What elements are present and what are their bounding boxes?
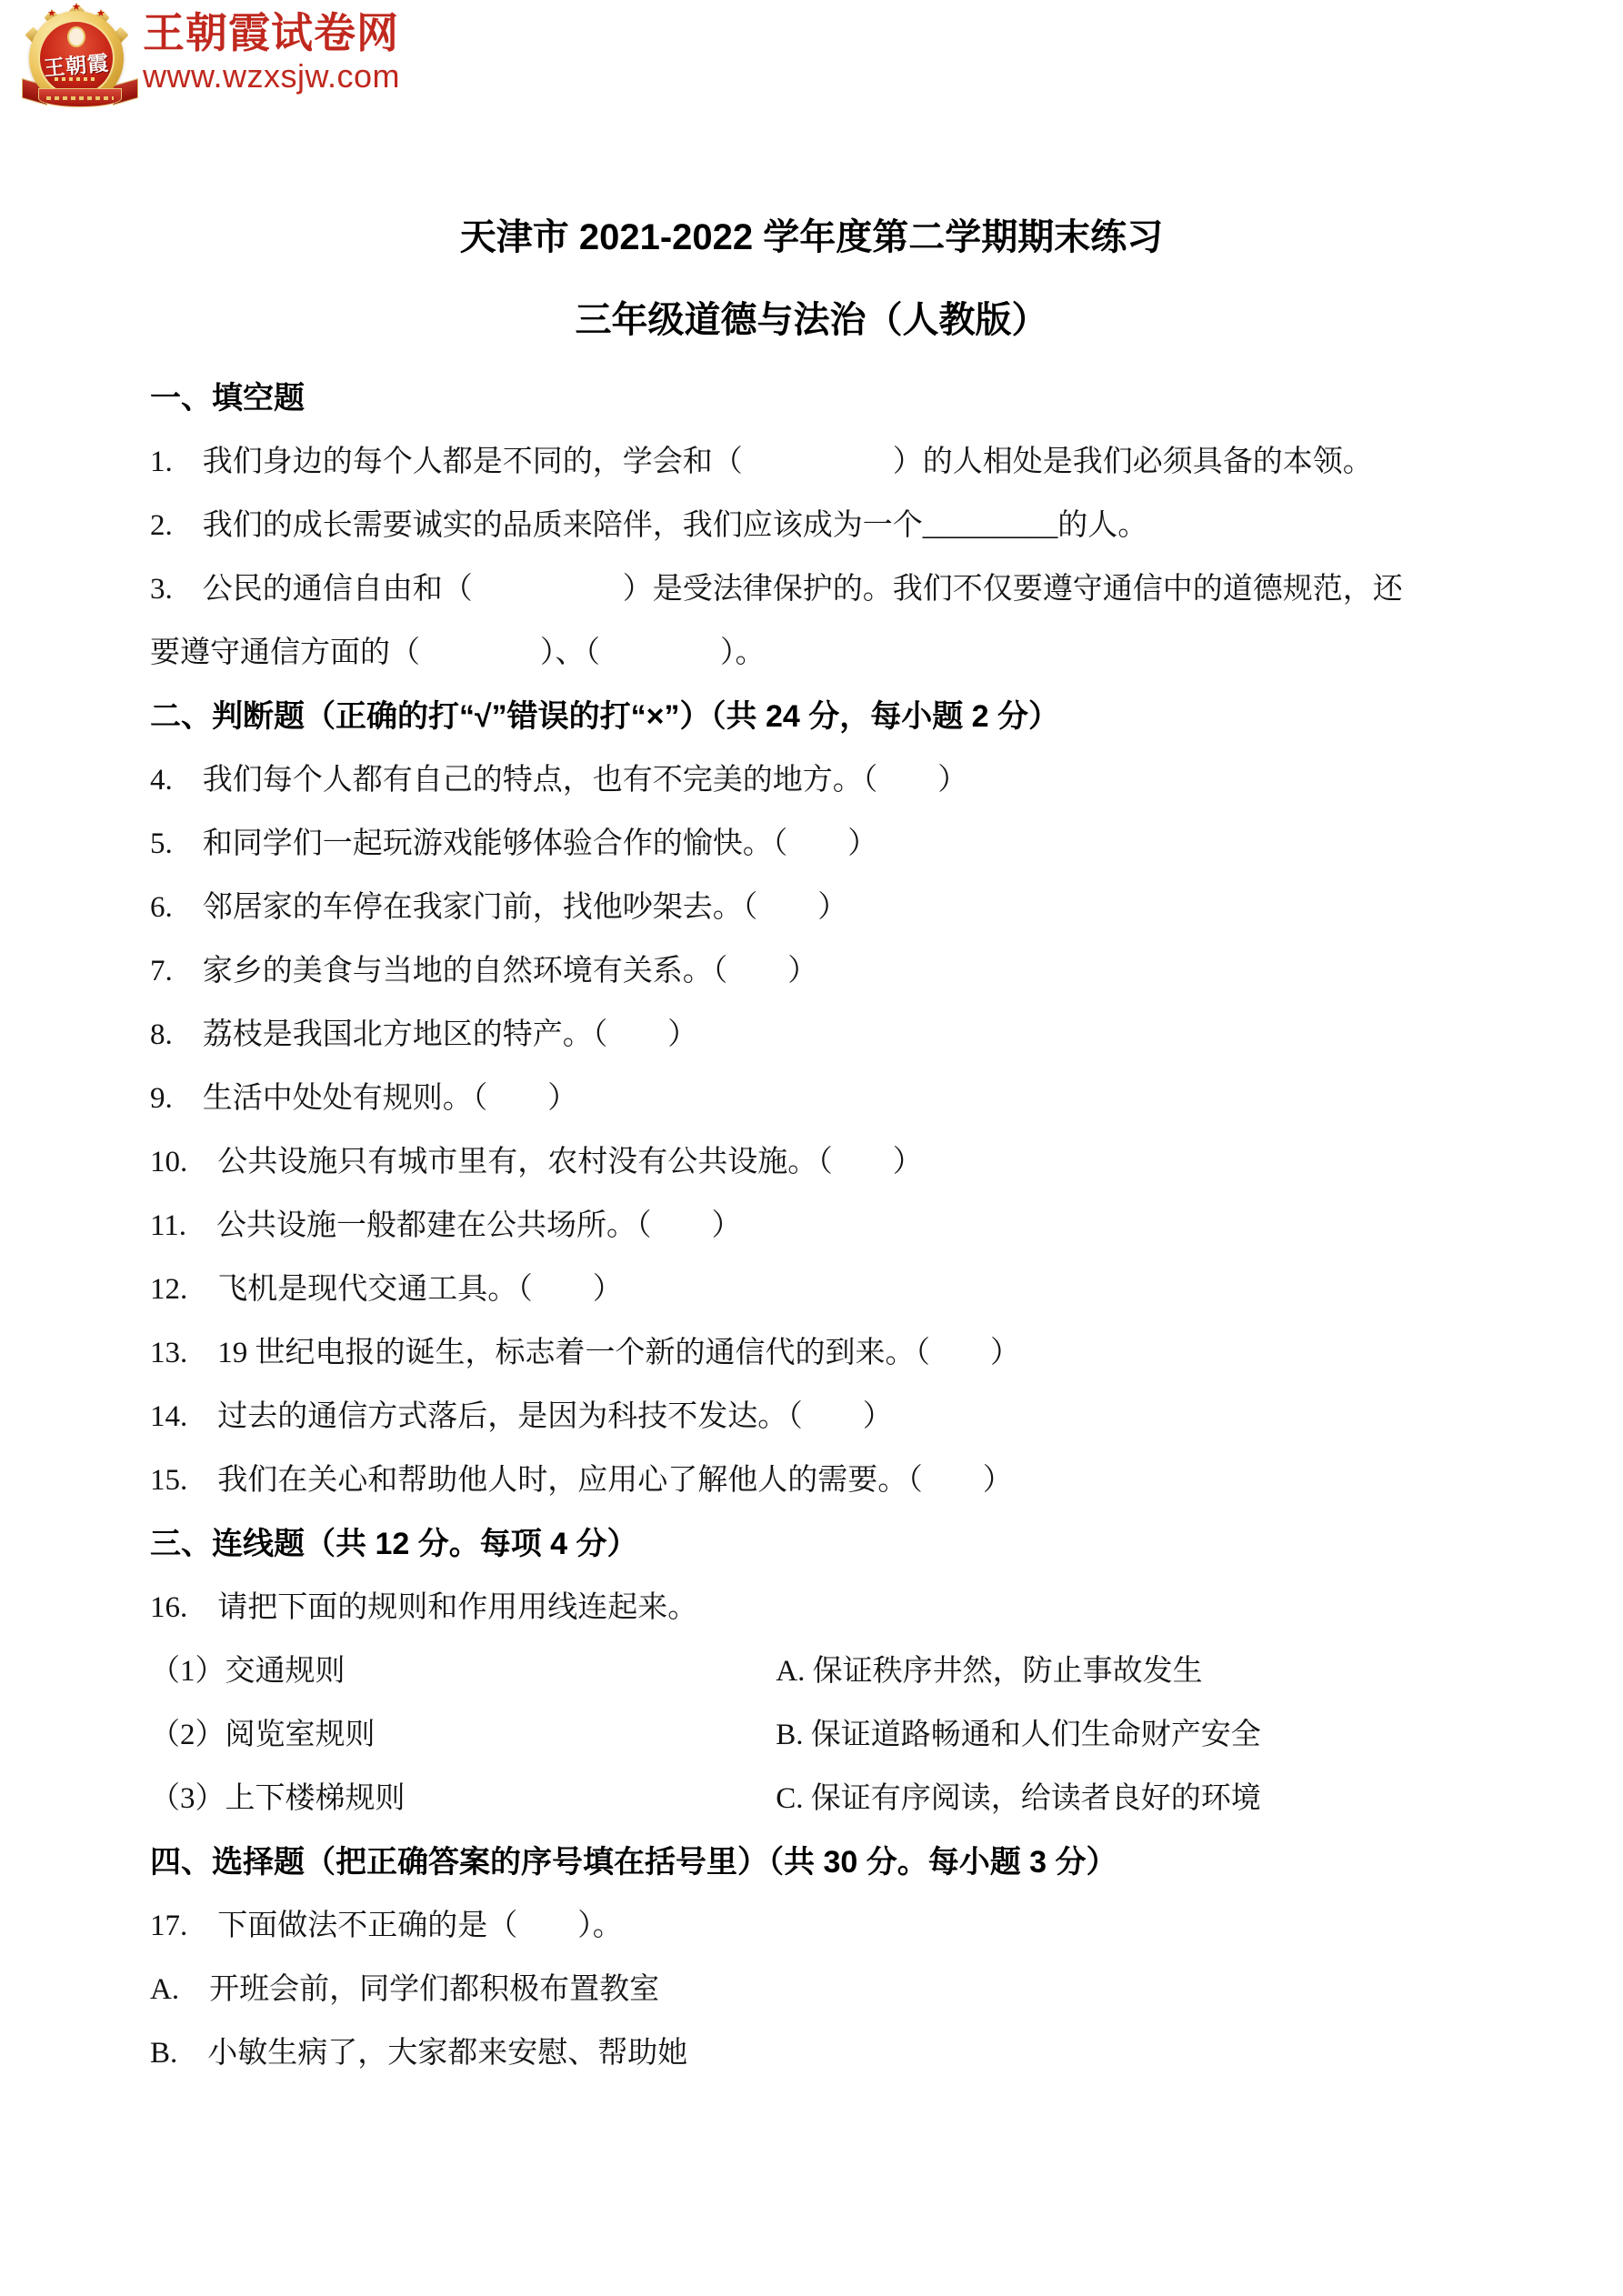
title-block: 天津市 2021-2022 学年度第二学期期末练习 三年级道德与法治（人教版） [0, 206, 1623, 352]
brand-text-block: 王朝霞试卷网 www.wzxsjw.com [143, 10, 400, 93]
question-4: 4. 我们每个人都有自己的特点，也有不完美的地方。（ ） [150, 748, 1514, 812]
question-17-option-b: B. 小敏生病了，大家都来安慰、帮助她 [150, 2021, 1514, 2085]
question-8: 8. 荔枝是我国北方地区的特产。（ ） [150, 1003, 1514, 1067]
section-heading-4: 四、选择题（把正确答案的序号填在括号里）（共 30 分。每小题 3 分） [150, 1830, 1514, 1894]
question-2: 2. 我们的成长需要诚实的品质来陪伴，我们应该成为一个_________的人。 [150, 494, 1514, 557]
match-right-3: C. 保证有序阅读，给读者良好的环境 [776, 1767, 1261, 1830]
match-row-3: （3）上下楼梯规则 C. 保证有序阅读，给读者良好的环境 [150, 1767, 1514, 1830]
question-5: 5. 和同学们一起玩游戏能够体验合作的愉快。（ ） [150, 812, 1514, 876]
question-13: 13. 19 世纪电报的诞生，标志着一个新的通信代的到来。（ ） [150, 1321, 1514, 1385]
question-1: 1. 我们身边的每个人都是不同的，学会和（ ）的人相处是我们必须具备的本领。 [150, 430, 1514, 494]
exam-paper-page: ★ ★ ★ 王朝霞 王朝霞试卷网 www.wzxsjw.com 天津市 2021… [0, 0, 1623, 2296]
match-left-1: （1）交通规则 [150, 1639, 768, 1703]
site-name: 王朝霞试卷网 [143, 10, 400, 57]
question-12: 12. 飞机是现代交通工具。（ ） [150, 1258, 1514, 1321]
section-heading-3: 三、连线题（共 12 分。每项 4 分） [150, 1512, 1514, 1576]
ribbon-icon [38, 88, 122, 107]
question-3: 3. 公民的通信自由和（ ）是受法律保护的。我们不仅要遵守通信中的道德规范，还 [150, 557, 1514, 621]
question-15: 15. 我们在关心和帮助他人时，应用心了解他人的需要。（ ） [150, 1449, 1514, 1512]
question-6: 6. 邻居家的车停在我家门前，找他吵架去。（ ） [150, 876, 1514, 939]
question-3-continued: 要遵守通信方面的（ ）、（ ）。 [150, 621, 1514, 685]
match-row-1: （1）交通规则 A. 保证秩序井然，防止事故发生 [150, 1639, 1514, 1703]
match-right-1: A. 保证秩序井然，防止事故发生 [776, 1639, 1202, 1703]
match-row-2: （2）阅览室规则 B. 保证道路畅通和人们生命财产安全 [150, 1703, 1514, 1767]
site-url: www.wzxsjw.com [143, 60, 400, 93]
match-left-2: （2）阅览室规则 [150, 1703, 768, 1767]
exam-subtitle: 三年级道德与法治（人教版） [0, 288, 1623, 352]
question-17-option-a: A. 开班会前，同学们都积极布置教室 [150, 1958, 1514, 2021]
medal-face: 王朝霞 [38, 20, 115, 96]
question-16: 16. 请把下面的规则和作用用线连起来。 [150, 1576, 1514, 1639]
exam-content: 一、填空题 1. 我们身边的每个人都是不同的，学会和（ ）的人相处是我们必须具备… [150, 366, 1514, 2085]
section-heading-1: 一、填空题 [150, 366, 1514, 430]
site-header: ★ ★ ★ 王朝霞 王朝霞试卷网 www.wzxsjw.com [0, 0, 546, 127]
match-left-3: （3）上下楼梯规则 [150, 1767, 768, 1830]
question-9: 9. 生活中处处有规则。（ ） [150, 1067, 1514, 1130]
medal-seal-marks [55, 77, 98, 81]
question-10: 10. 公共设施只有城市里有，农村没有公共设施。（ ） [150, 1130, 1514, 1194]
question-17: 17. 下面做法不正确的是（ ）。 [150, 1894, 1514, 1958]
match-right-2: B. 保证道路畅通和人们生命财产安全 [776, 1703, 1261, 1767]
section-heading-2: 二、判断题（正确的打“√”错误的打“×”）（共 24 分，每小题 2 分） [150, 685, 1514, 748]
exam-title: 天津市 2021-2022 学年度第二学期期末练习 [0, 206, 1623, 269]
question-14: 14. 过去的通信方式落后，是因为科技不发达。（ ） [150, 1385, 1514, 1449]
portrait-icon [67, 26, 85, 47]
brand-medallion-logo: ★ ★ ★ 王朝霞 [22, 2, 138, 118]
question-11: 11. 公共设施一般都建在公共场所。（ ） [150, 1194, 1514, 1258]
question-7: 7. 家乡的美食与当地的自然环境有关系。（ ） [150, 939, 1514, 1003]
